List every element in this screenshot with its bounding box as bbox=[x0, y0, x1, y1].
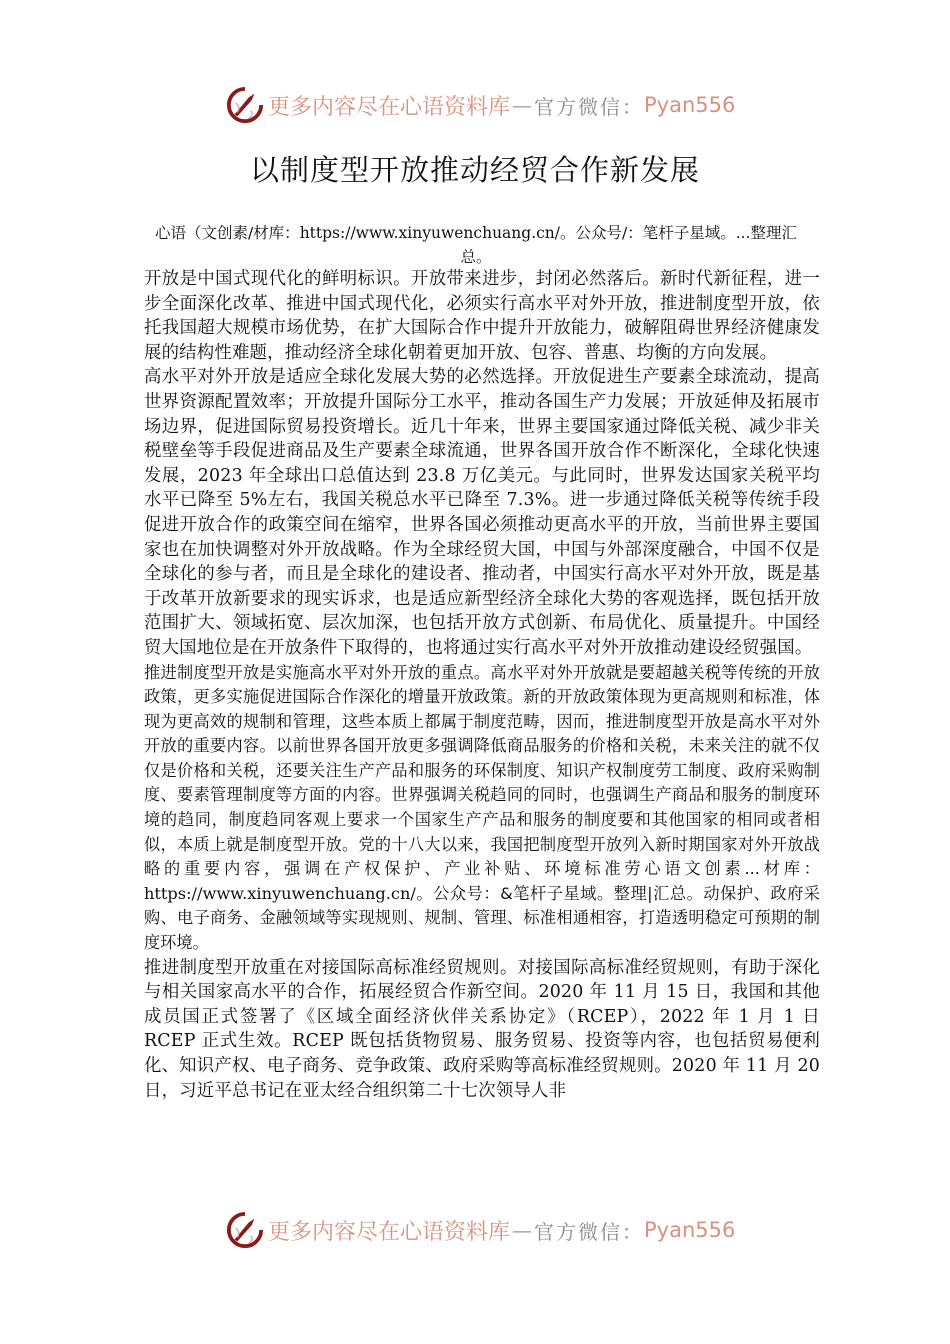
footer-banner: 更多内容尽在心语资料库 — 官方微信： Pyan556 bbox=[226, 1208, 726, 1252]
header-banner: 更多内容尽在心语资料库 — 官方微信： Pyan556 bbox=[226, 83, 726, 127]
paragraph-4: 推进制度型开放重在对接国际高标准经贸规则。对接国际高标准经贸规则，有助于深化与相… bbox=[144, 956, 820, 1104]
wechat-id: Pyan556 bbox=[644, 93, 735, 117]
quill-pen-logo-icon bbox=[226, 86, 264, 124]
source-line: 心语（文创素/材库：https://www.xinyuwenchuang.cn/… bbox=[143, 221, 809, 269]
wechat-label: 官方微信： bbox=[534, 91, 644, 120]
document-body: 开放是中国式现代化的鲜明标识。开放带来进步，封闭必然落后。新时代新征程，进一步全… bbox=[144, 267, 820, 1103]
promo-text: 更多内容尽在心语资料库 bbox=[268, 1215, 510, 1246]
paragraph-1: 开放是中国式现代化的鲜明标识。开放带来进步，封闭必然落后。新时代新征程，进一步全… bbox=[144, 267, 820, 365]
paragraph-2: 高水平对外开放是适应全球化发展大势的必然选择。开放促进生产要素全球流动，提高世界… bbox=[144, 365, 820, 660]
source-url: https://www.xinyuwenchuang.cn/ bbox=[300, 224, 560, 242]
paragraph-3: 推进制度型开放是实施高水平对外开放的重点。高水平对外开放就是要超越关税等传统的开… bbox=[144, 661, 820, 956]
banner-dash: — bbox=[512, 1218, 532, 1242]
source-prefix: 心语（文创素/材库： bbox=[155, 224, 300, 242]
document-title: 以制度型开放推动经贸合作新发展 bbox=[0, 148, 950, 189]
paragraph-3-url: https://www.xinyuwenchuang.cn/ bbox=[144, 884, 416, 903]
wechat-id: Pyan556 bbox=[644, 1218, 735, 1242]
quill-pen-logo-icon bbox=[226, 1211, 264, 1249]
banner-dash: — bbox=[512, 93, 532, 117]
wechat-label: 官方微信： bbox=[534, 1216, 644, 1245]
paragraph-3-text-a: 推进制度型开放是实施高水平对外开放的重点。高水平对外开放就是要超越关税等传统的开… bbox=[144, 663, 820, 879]
promo-text: 更多内容尽在心语资料库 bbox=[268, 90, 510, 121]
